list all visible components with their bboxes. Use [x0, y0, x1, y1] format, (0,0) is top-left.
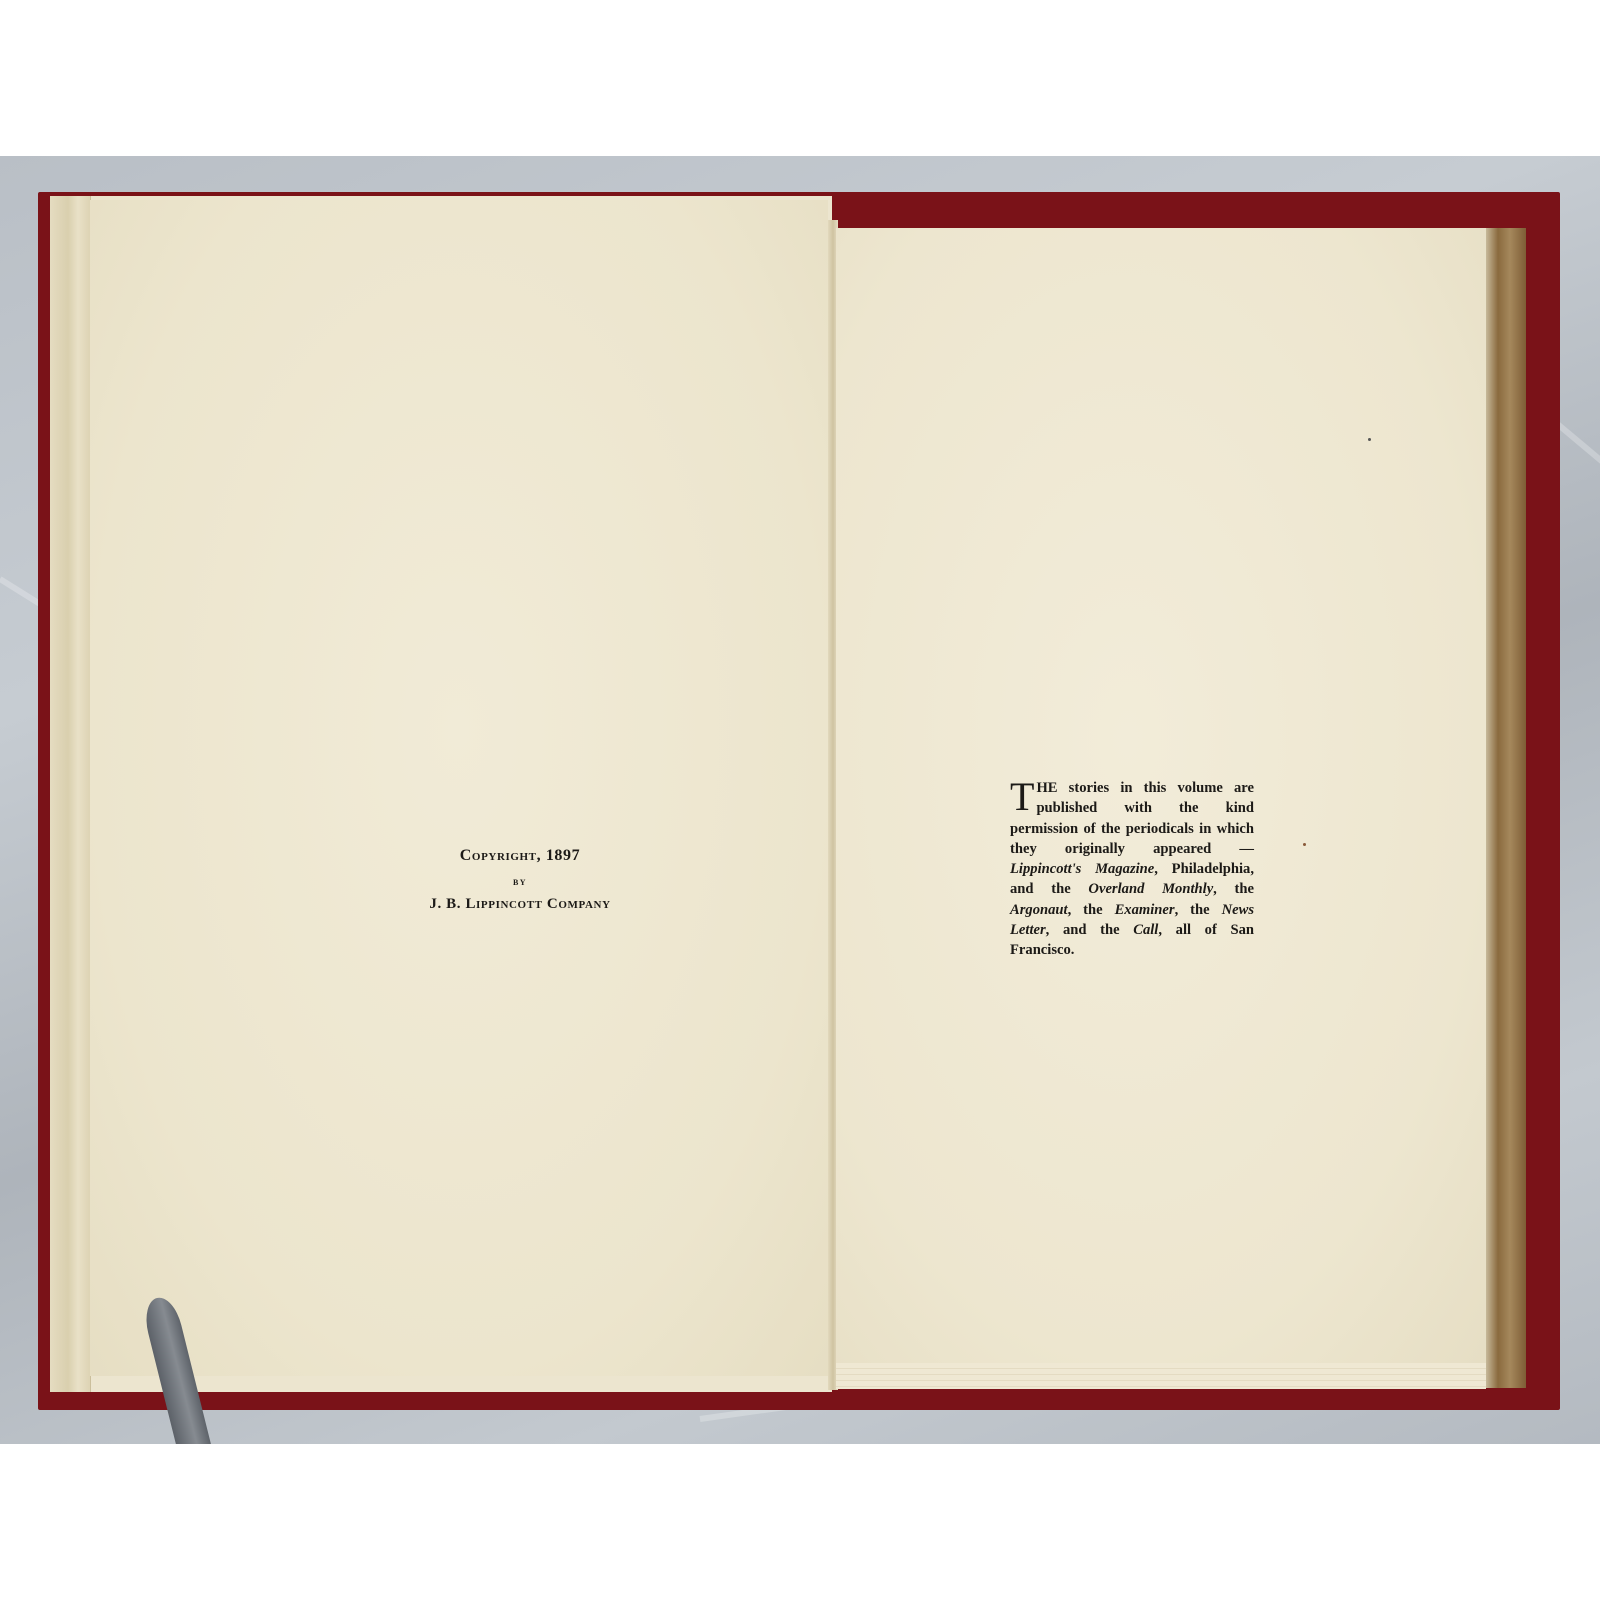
ack-text: , the [1175, 902, 1222, 918]
paper-speck [1368, 438, 1371, 441]
periodical-name: Examiner [1115, 902, 1175, 918]
periodical-name: Overland Monthly [1088, 881, 1213, 897]
right-fore-edge [1486, 228, 1526, 1388]
ack-text: , the [1068, 902, 1115, 918]
ack-text: HE stories in this volume are published … [1010, 780, 1254, 857]
periodical-name: Call [1133, 922, 1158, 938]
ack-text: , and the [1046, 922, 1134, 938]
paper-speck [1303, 843, 1306, 846]
periodical-name: Argonaut [1010, 902, 1068, 918]
book-photograph: Copyright, 1897 by J. B. Lippincott Comp… [0, 156, 1600, 1444]
left-page-block [50, 196, 832, 1392]
left-page-stack-edge [50, 196, 91, 1392]
copyright-notice: Copyright, 1897 by J. B. Lippincott Comp… [390, 842, 650, 916]
page-stack-lines [836, 1363, 1486, 1389]
periodical-name: Lippincott's Magazine [1010, 861, 1154, 877]
drop-cap: T [1010, 780, 1034, 814]
by-line: by [390, 870, 650, 892]
publisher-line: J. B. Lippincott Company [390, 892, 650, 916]
copyright-line: Copyright, 1897 [390, 842, 650, 870]
left-page [90, 200, 828, 1376]
ack-text: , the [1213, 881, 1254, 897]
acknowledgment-paragraph: THE stories in this volume are published… [1010, 778, 1254, 961]
